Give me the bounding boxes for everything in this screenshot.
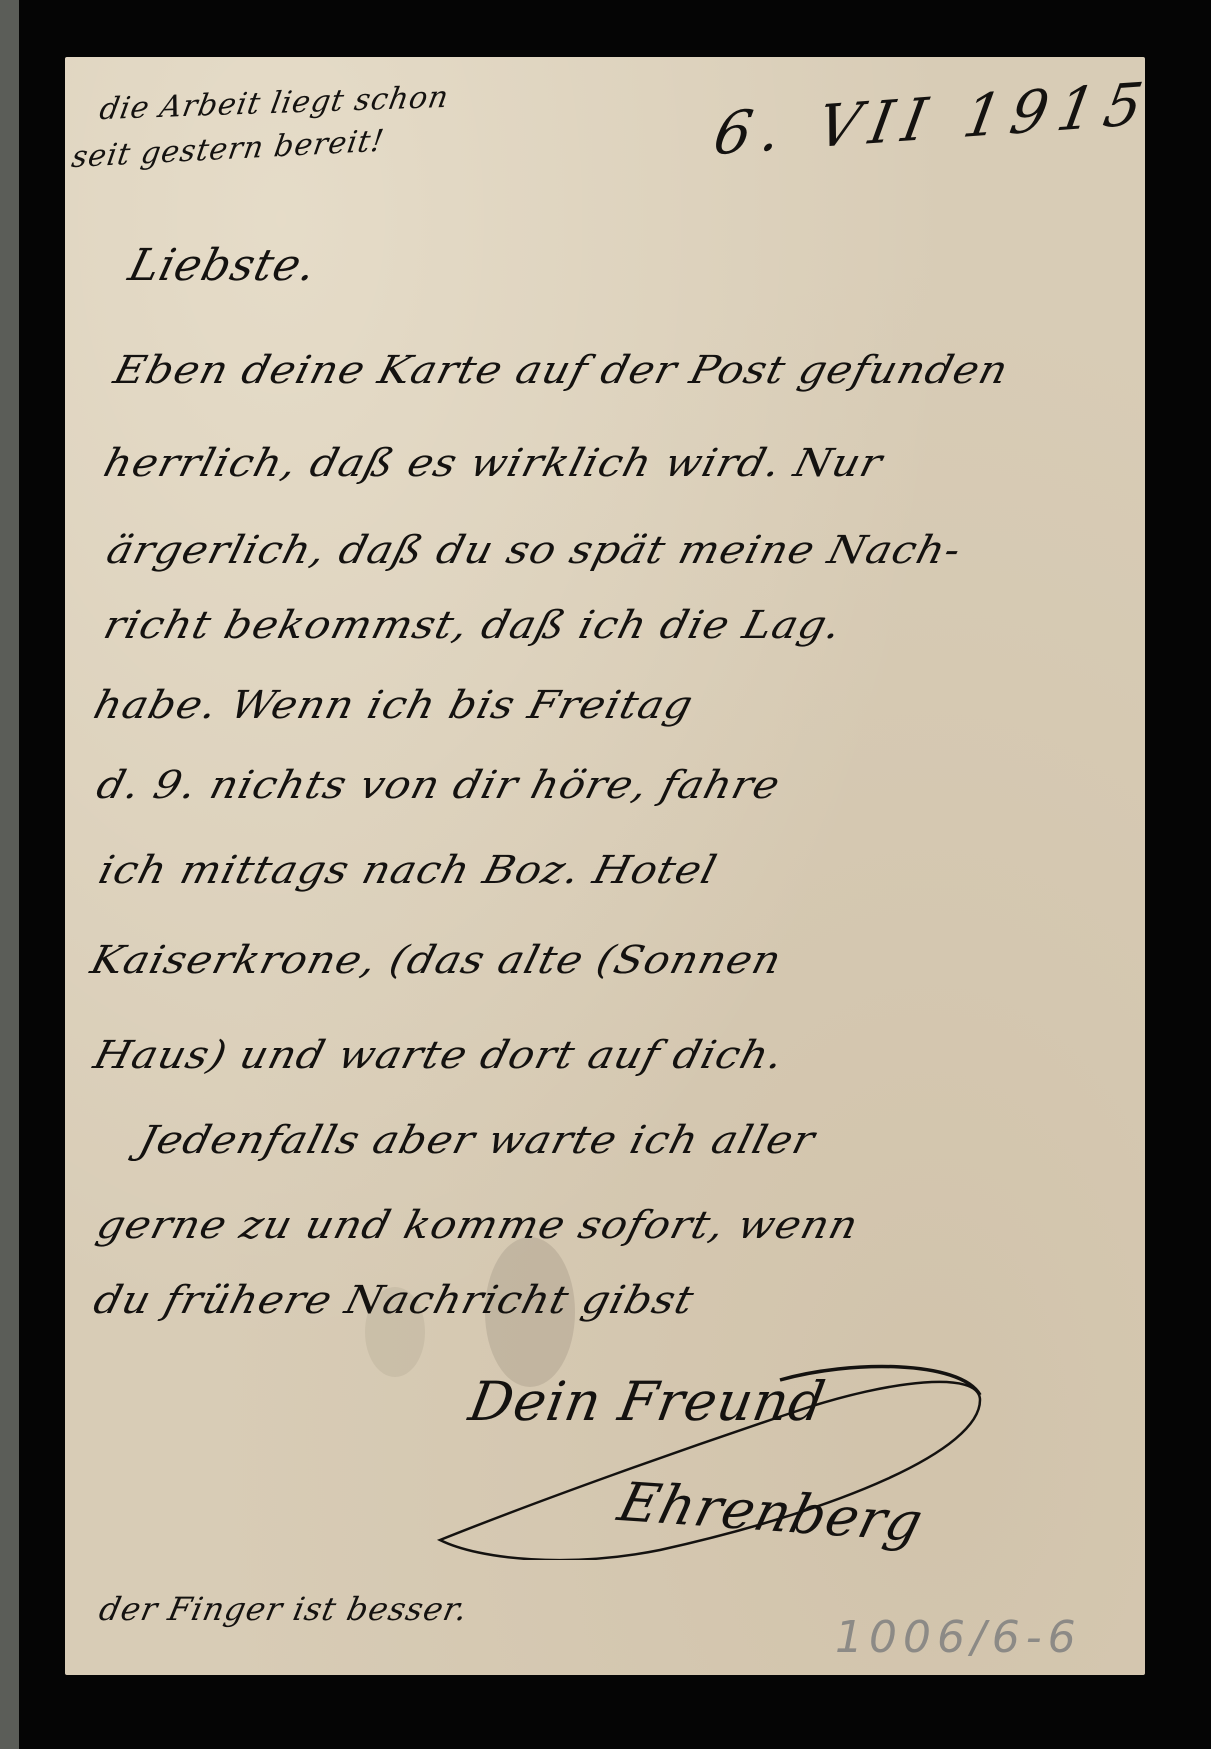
body-line: Kaiserkrone, (das alte (Sonnen	[86, 937, 786, 982]
body-line: richt bekommst, daß ich die Lag.	[99, 602, 846, 647]
closing: Dein Freund	[464, 1370, 830, 1433]
body-line: gerne zu und komme sofort, wenn	[92, 1202, 863, 1247]
body-line: habe. Wenn ich bis Freitag	[89, 682, 698, 727]
body-line: herrlich, daß es wirklich wird. Nur	[99, 440, 887, 485]
body-line: Eben deine Karte auf der Post gefunden	[109, 347, 1013, 392]
body-line: du frühere Nachricht gibst	[89, 1277, 699, 1322]
body-line: ärgerlich, daß du so spät meine Nach-	[102, 527, 966, 572]
salutation: Liebste.	[124, 240, 323, 291]
body-line: Haus) und warte dort auf dich.	[89, 1032, 788, 1077]
body-line: d. 9. nichts von dir höre, fahre	[92, 762, 785, 807]
body-line: Jedenfalls aber warte ich aller	[134, 1117, 820, 1162]
archive-number: 1006/6-6	[835, 1612, 1082, 1663]
body-line: ich mittags nach Boz. Hotel	[94, 847, 722, 892]
postscript: der Finger ist besser.	[96, 1590, 472, 1628]
scanner-edge-strip	[0, 0, 19, 1749]
